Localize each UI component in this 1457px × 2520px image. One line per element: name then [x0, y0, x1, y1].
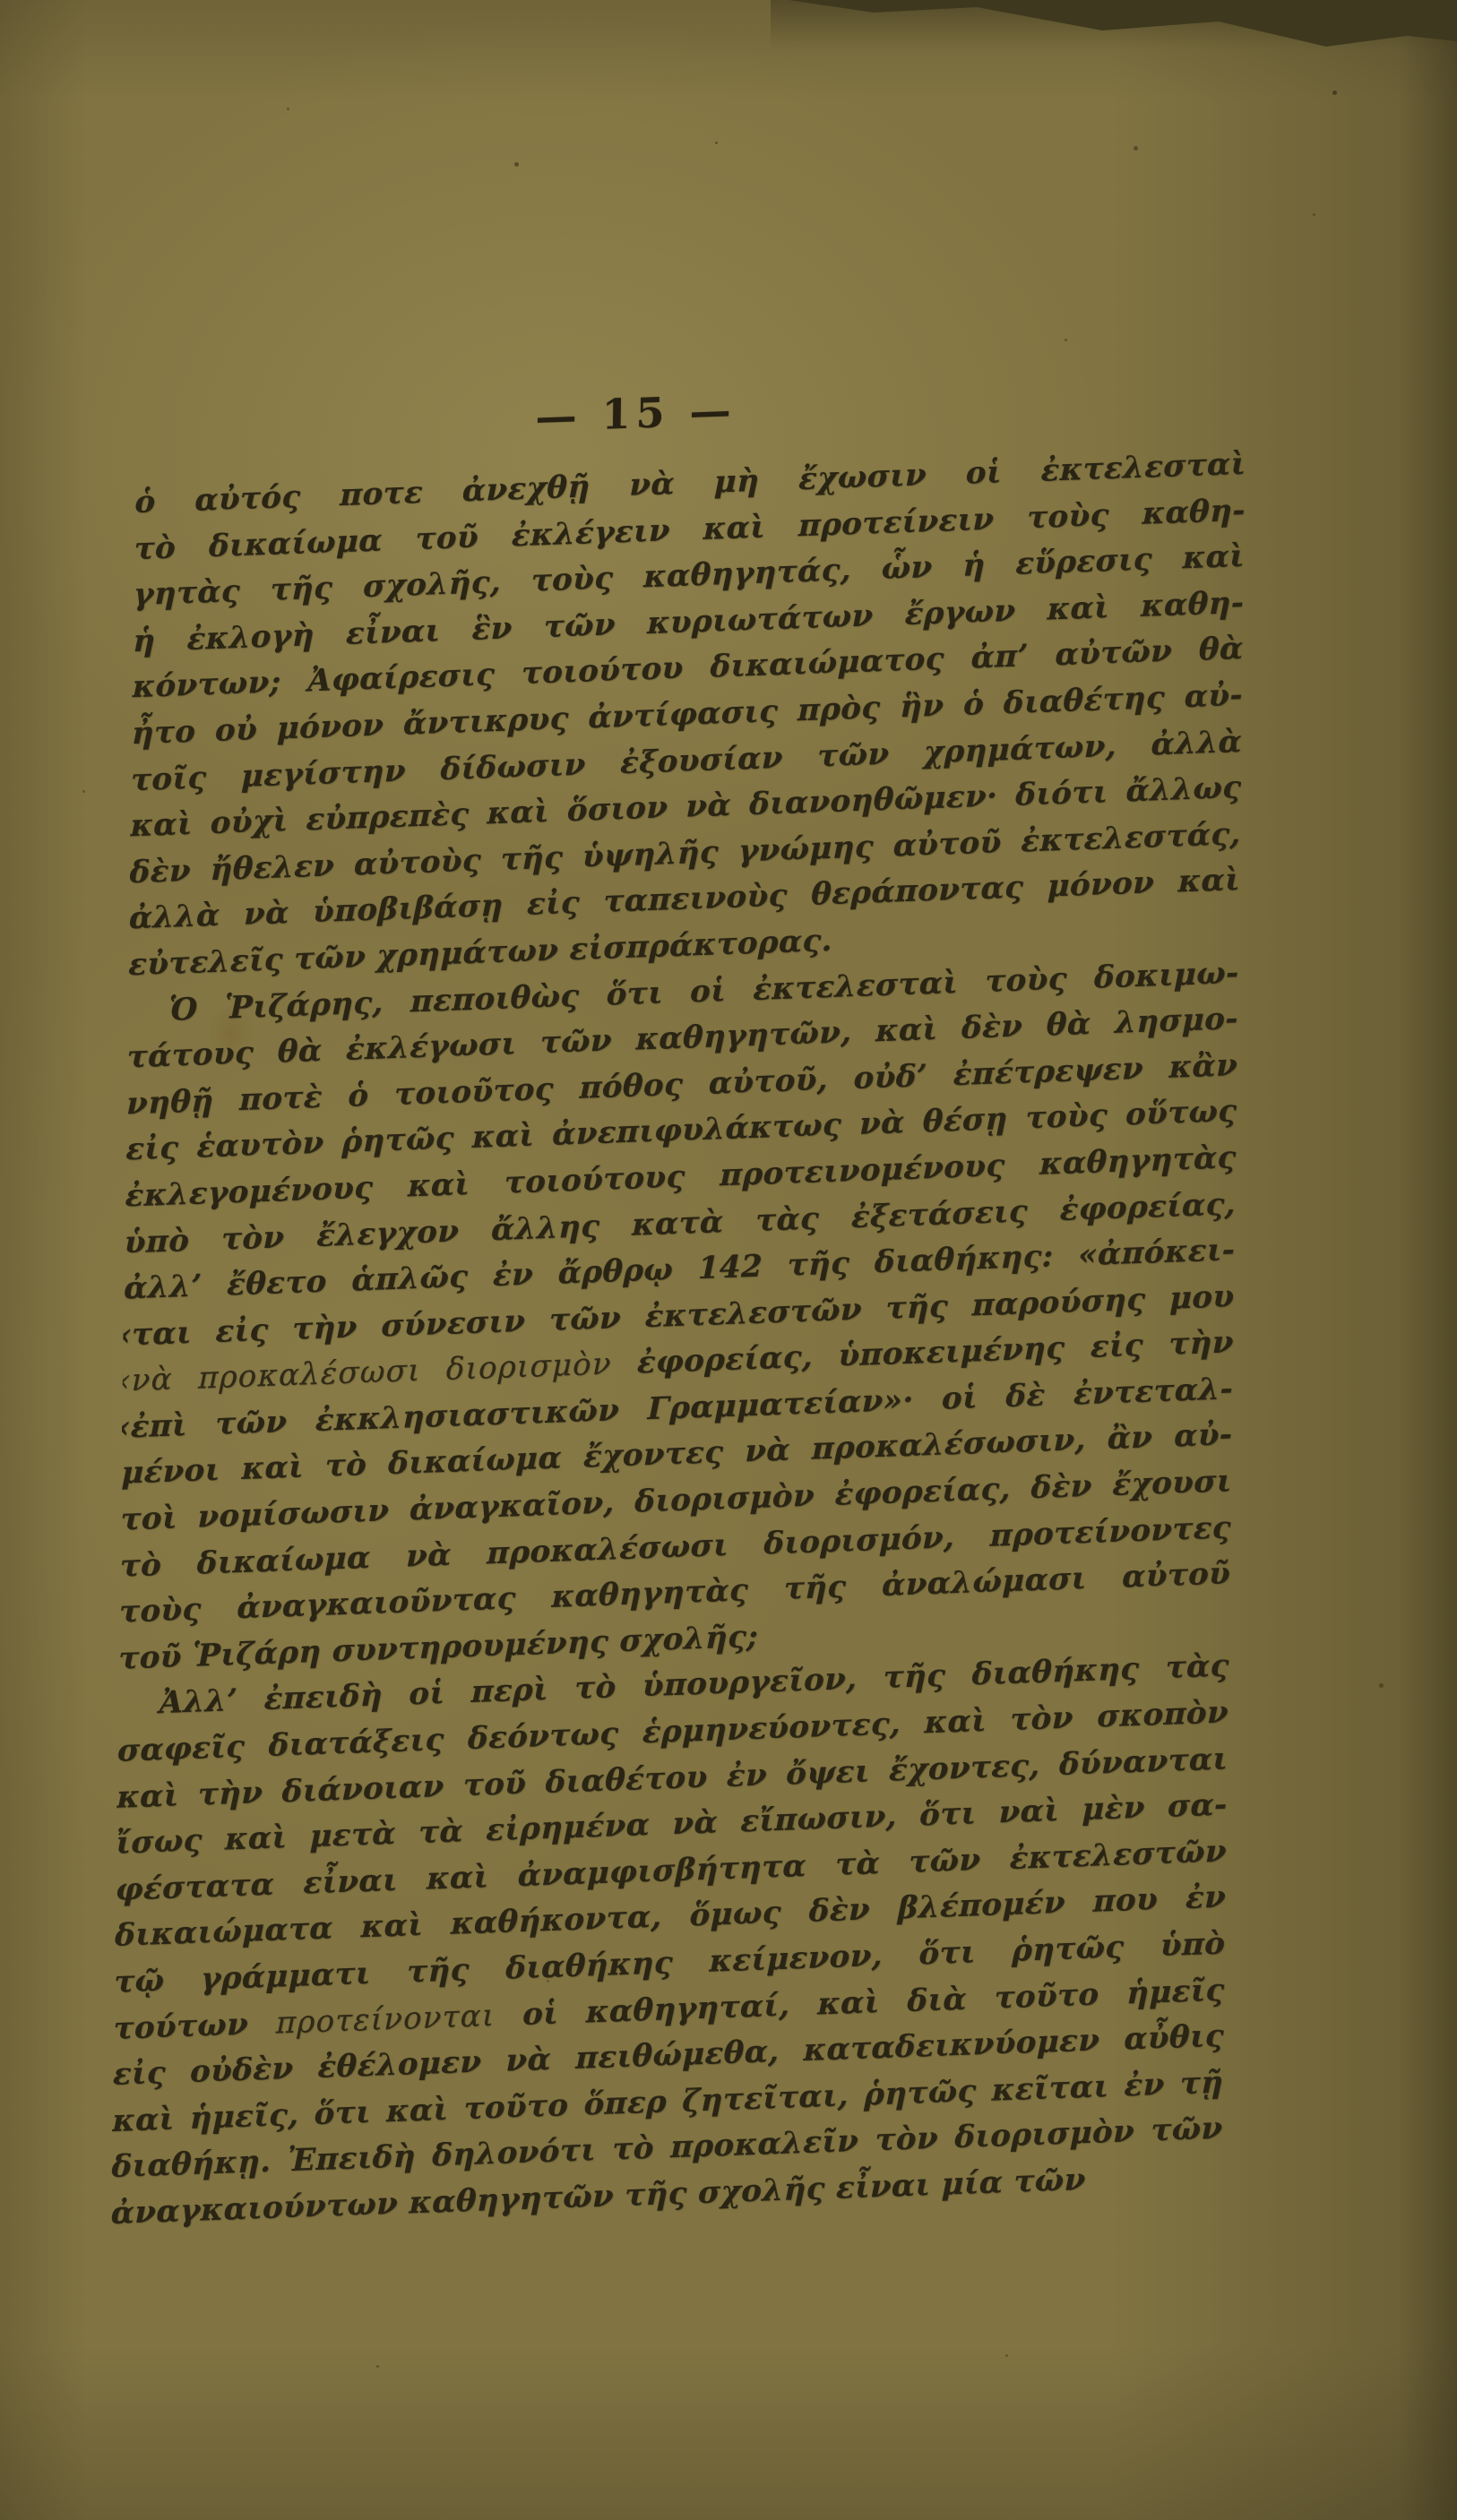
body-text-block: ὁ αὐτός ποτε ἀνεχθῇ νὰ μὴ ἔχωσιν οἱ ἐκτε…	[110, 442, 1246, 2238]
book-page-paper: — 15 — ὁ αὐτός ποτε ἀνεχθῇ νὰ μὴ ἔχωσιν …	[0, 0, 1457, 2520]
torn-top-edge-shadow	[771, 0, 1457, 63]
scanned-book-page: { "page": { "number_display": "— 15 —", …	[0, 0, 1457, 2520]
text-line-segment: προτείνονται	[276, 1998, 496, 2042]
printed-content: — 15 — ὁ αὐτός ποτε ἀνεχθῇ νὰ μὴ ἔχωσιν …	[110, 366, 1247, 2238]
text-line-segment: τούτων	[113, 2005, 276, 2046]
page-number: — 15 —	[80, 368, 1192, 459]
paper-specks	[0, 0, 3, 3]
